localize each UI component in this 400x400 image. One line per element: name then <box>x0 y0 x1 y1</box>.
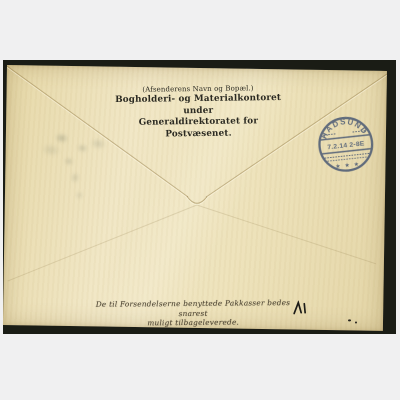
return-notice-line2: muligt tilbageleverede. <box>85 317 301 328</box>
faded-cachet-smudge <box>25 116 125 213</box>
sender-directorate-line: Generaldirektoratet for Postvæsenet. <box>111 116 285 141</box>
ink-dot <box>355 321 357 323</box>
return-notice-block: De til Forsendelserne benyttede Pakkasse… <box>85 298 301 328</box>
postmark-hadsund: HADSUND 7.2.14 2-8E ★ ★ ★ <box>308 107 383 182</box>
scan-mat: (Afsenderens Navn og Bopæl.) Bogholderi-… <box>3 60 396 334</box>
postmark-hatch-lower <box>325 153 370 161</box>
return-notice-line1: De til Forsendelserne benyttede Pakkasse… <box>85 298 301 319</box>
pen-mark <box>293 301 308 316</box>
sender-address-block: (Afsenderens Navn og Bopæl.) Bogholderi-… <box>111 83 286 141</box>
photo-background: (Afsenderens Navn og Bopæl.) Bogholderi-… <box>0 0 400 400</box>
sender-office-line: Bogholderi- og Materialkontoret <box>111 93 285 107</box>
envelope-back: (Afsenderens Navn og Bopæl.) Bogholderi-… <box>3 65 387 331</box>
ink-dot <box>348 319 351 321</box>
